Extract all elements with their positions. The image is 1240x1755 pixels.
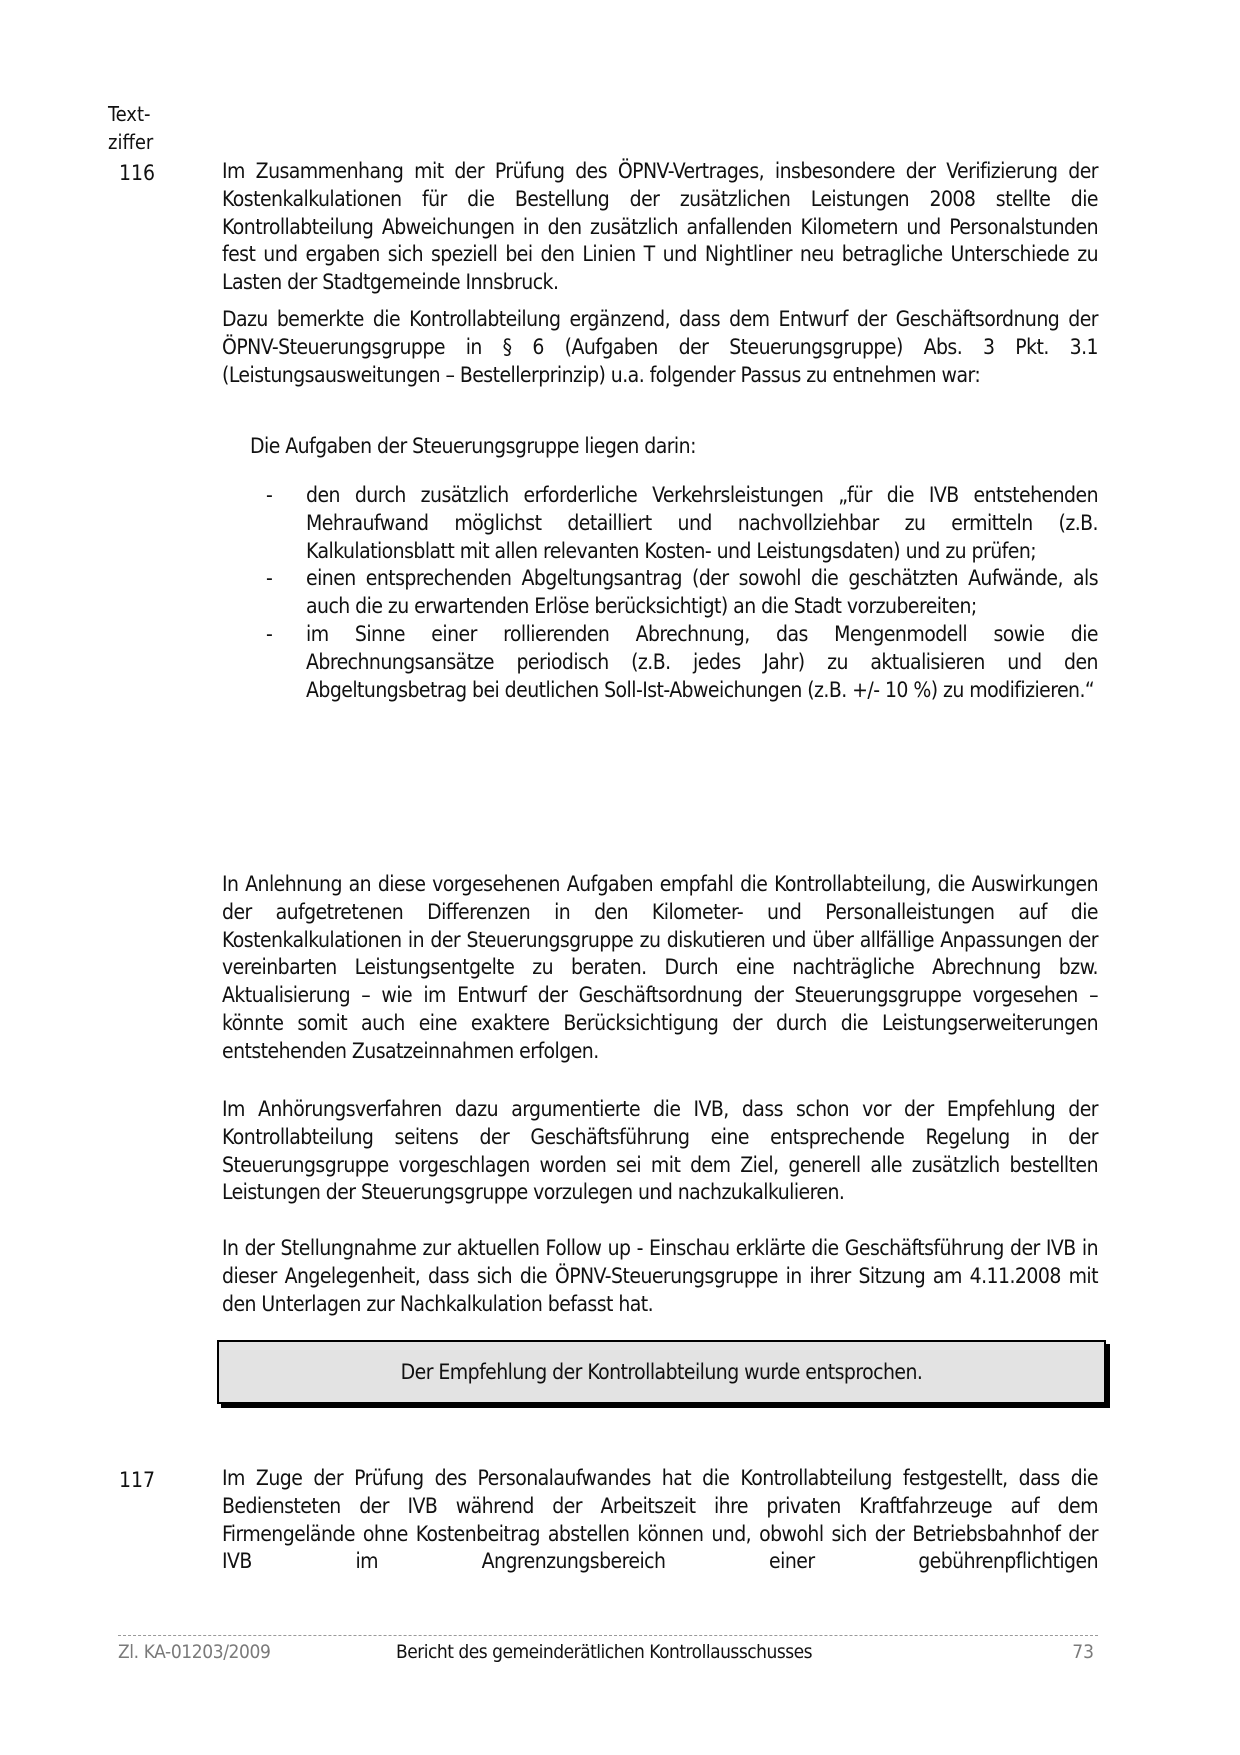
- quote-bullet-item: - im Sinne einer rollierenden Abrechnung…: [262, 621, 1098, 704]
- document-page: Text- ziffer 116 Im Zusammenhang mit der…: [0, 0, 1240, 1755]
- body-paragraph: Im Anhörungsverfahren dazu argumentierte…: [222, 1096, 1098, 1207]
- quote-bullet-list: - den durch zusätzlich erforderliche Ver…: [262, 482, 1098, 704]
- section-116-paragraph-4: Im Anhörungsverfahren dazu argumentierte…: [222, 1096, 1098, 1207]
- body-paragraph: Im Zusammenhang mit der Prüfung des ÖPNV…: [222, 158, 1098, 297]
- dash-bullet-icon: -: [266, 565, 273, 593]
- footer-title: Bericht des gemeinderätlichen Kontrollau…: [396, 1641, 812, 1663]
- footer-reference: Zl. KA-01203/2009: [118, 1641, 270, 1663]
- section-116-paragraph-1: Im Zusammenhang mit der Prüfung des ÖPNV…: [222, 158, 1098, 297]
- dash-bullet-icon: -: [266, 482, 273, 510]
- quote-bullet-item: - einen entsprechenden Abgeltungsantrag …: [262, 565, 1098, 621]
- paragraph-number-116: 116: [119, 159, 155, 187]
- section-116-paragraph-5: In der Stellungnahme zur aktuellen Follo…: [222, 1235, 1098, 1318]
- bullet-text: im Sinne einer rollierenden Abrechnung, …: [306, 621, 1098, 704]
- section-116-paragraph-3: In Anlehnung an diese vorgesehenen Aufga…: [222, 871, 1098, 1066]
- margin-heading-line-2: ziffer: [108, 128, 153, 156]
- bullet-text: den durch zusätzlich erforderliche Verke…: [306, 482, 1098, 565]
- section-116-paragraph-2: Dazu bemerkte die Kontrollabteilung ergä…: [222, 306, 1098, 389]
- body-paragraph: Dazu bemerkte die Kontrollabteilung ergä…: [222, 306, 1098, 389]
- body-paragraph: In der Stellungnahme zur aktuellen Follo…: [222, 1235, 1098, 1318]
- bullet-text: einen entsprechenden Abgeltungsantrag (d…: [306, 565, 1098, 621]
- page-number: 73: [1072, 1641, 1094, 1663]
- body-paragraph: Im Zuge der Prüfung des Personalaufwande…: [222, 1465, 1098, 1576]
- body-paragraph: In Anlehnung an diese vorgesehenen Aufga…: [222, 871, 1098, 1066]
- result-box-text: Der Empfehlung der Kontrollabteilung wur…: [401, 1360, 923, 1384]
- margin-heading-textziffer: Text- ziffer: [108, 100, 153, 156]
- quote-bullet-item: - den durch zusätzlich erforderliche Ver…: [262, 482, 1098, 565]
- dash-bullet-icon: -: [266, 621, 273, 649]
- section-117-paragraph-1: Im Zuge der Prüfung des Personalaufwande…: [222, 1465, 1098, 1576]
- footer-divider: [118, 1635, 1098, 1636]
- paragraph-number-117: 117: [119, 1466, 155, 1494]
- recommendation-result-box: Der Empfehlung der Kontrollabteilung wur…: [217, 1340, 1106, 1404]
- quote-intro: Die Aufgaben der Steuerungsgruppe liegen…: [250, 432, 696, 460]
- margin-heading-line-1: Text-: [108, 100, 153, 128]
